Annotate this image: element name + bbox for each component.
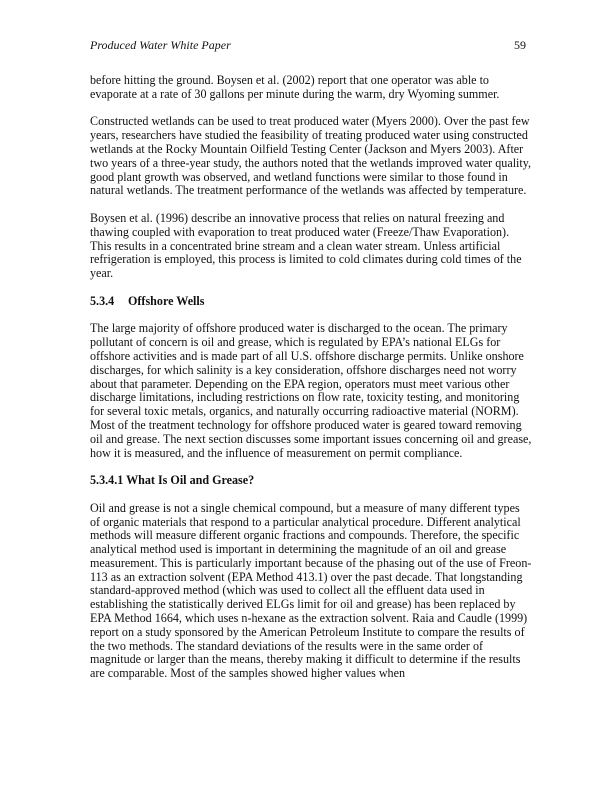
paragraph-wetlands: Constructed wetlands can be used to trea… xyxy=(90,115,532,198)
paragraph-offshore: The large majority of offshore produced … xyxy=(90,322,532,460)
section-title: Offshore Wells xyxy=(128,294,204,308)
section-number: 5.3.4 xyxy=(90,295,128,309)
section-heading-offshore-wells: 5.3.4Offshore Wells xyxy=(90,295,532,309)
running-title: Produced Water White Paper xyxy=(90,38,231,53)
paragraph-oil-grease: Oil and grease is not a single chemical … xyxy=(90,502,532,681)
subsection-heading-oil-grease: 5.3.4.1 What Is Oil and Grease? xyxy=(90,474,532,488)
page-body: before hitting the ground. Boysen et al.… xyxy=(90,74,532,695)
paragraph-evaporation: before hitting the ground. Boysen et al.… xyxy=(90,74,532,102)
page-header: Produced Water White Paper 59 xyxy=(90,38,526,53)
page-number: 59 xyxy=(514,38,526,53)
paragraph-freeze-thaw: Boysen et al. (1996) describe an innovat… xyxy=(90,212,532,281)
